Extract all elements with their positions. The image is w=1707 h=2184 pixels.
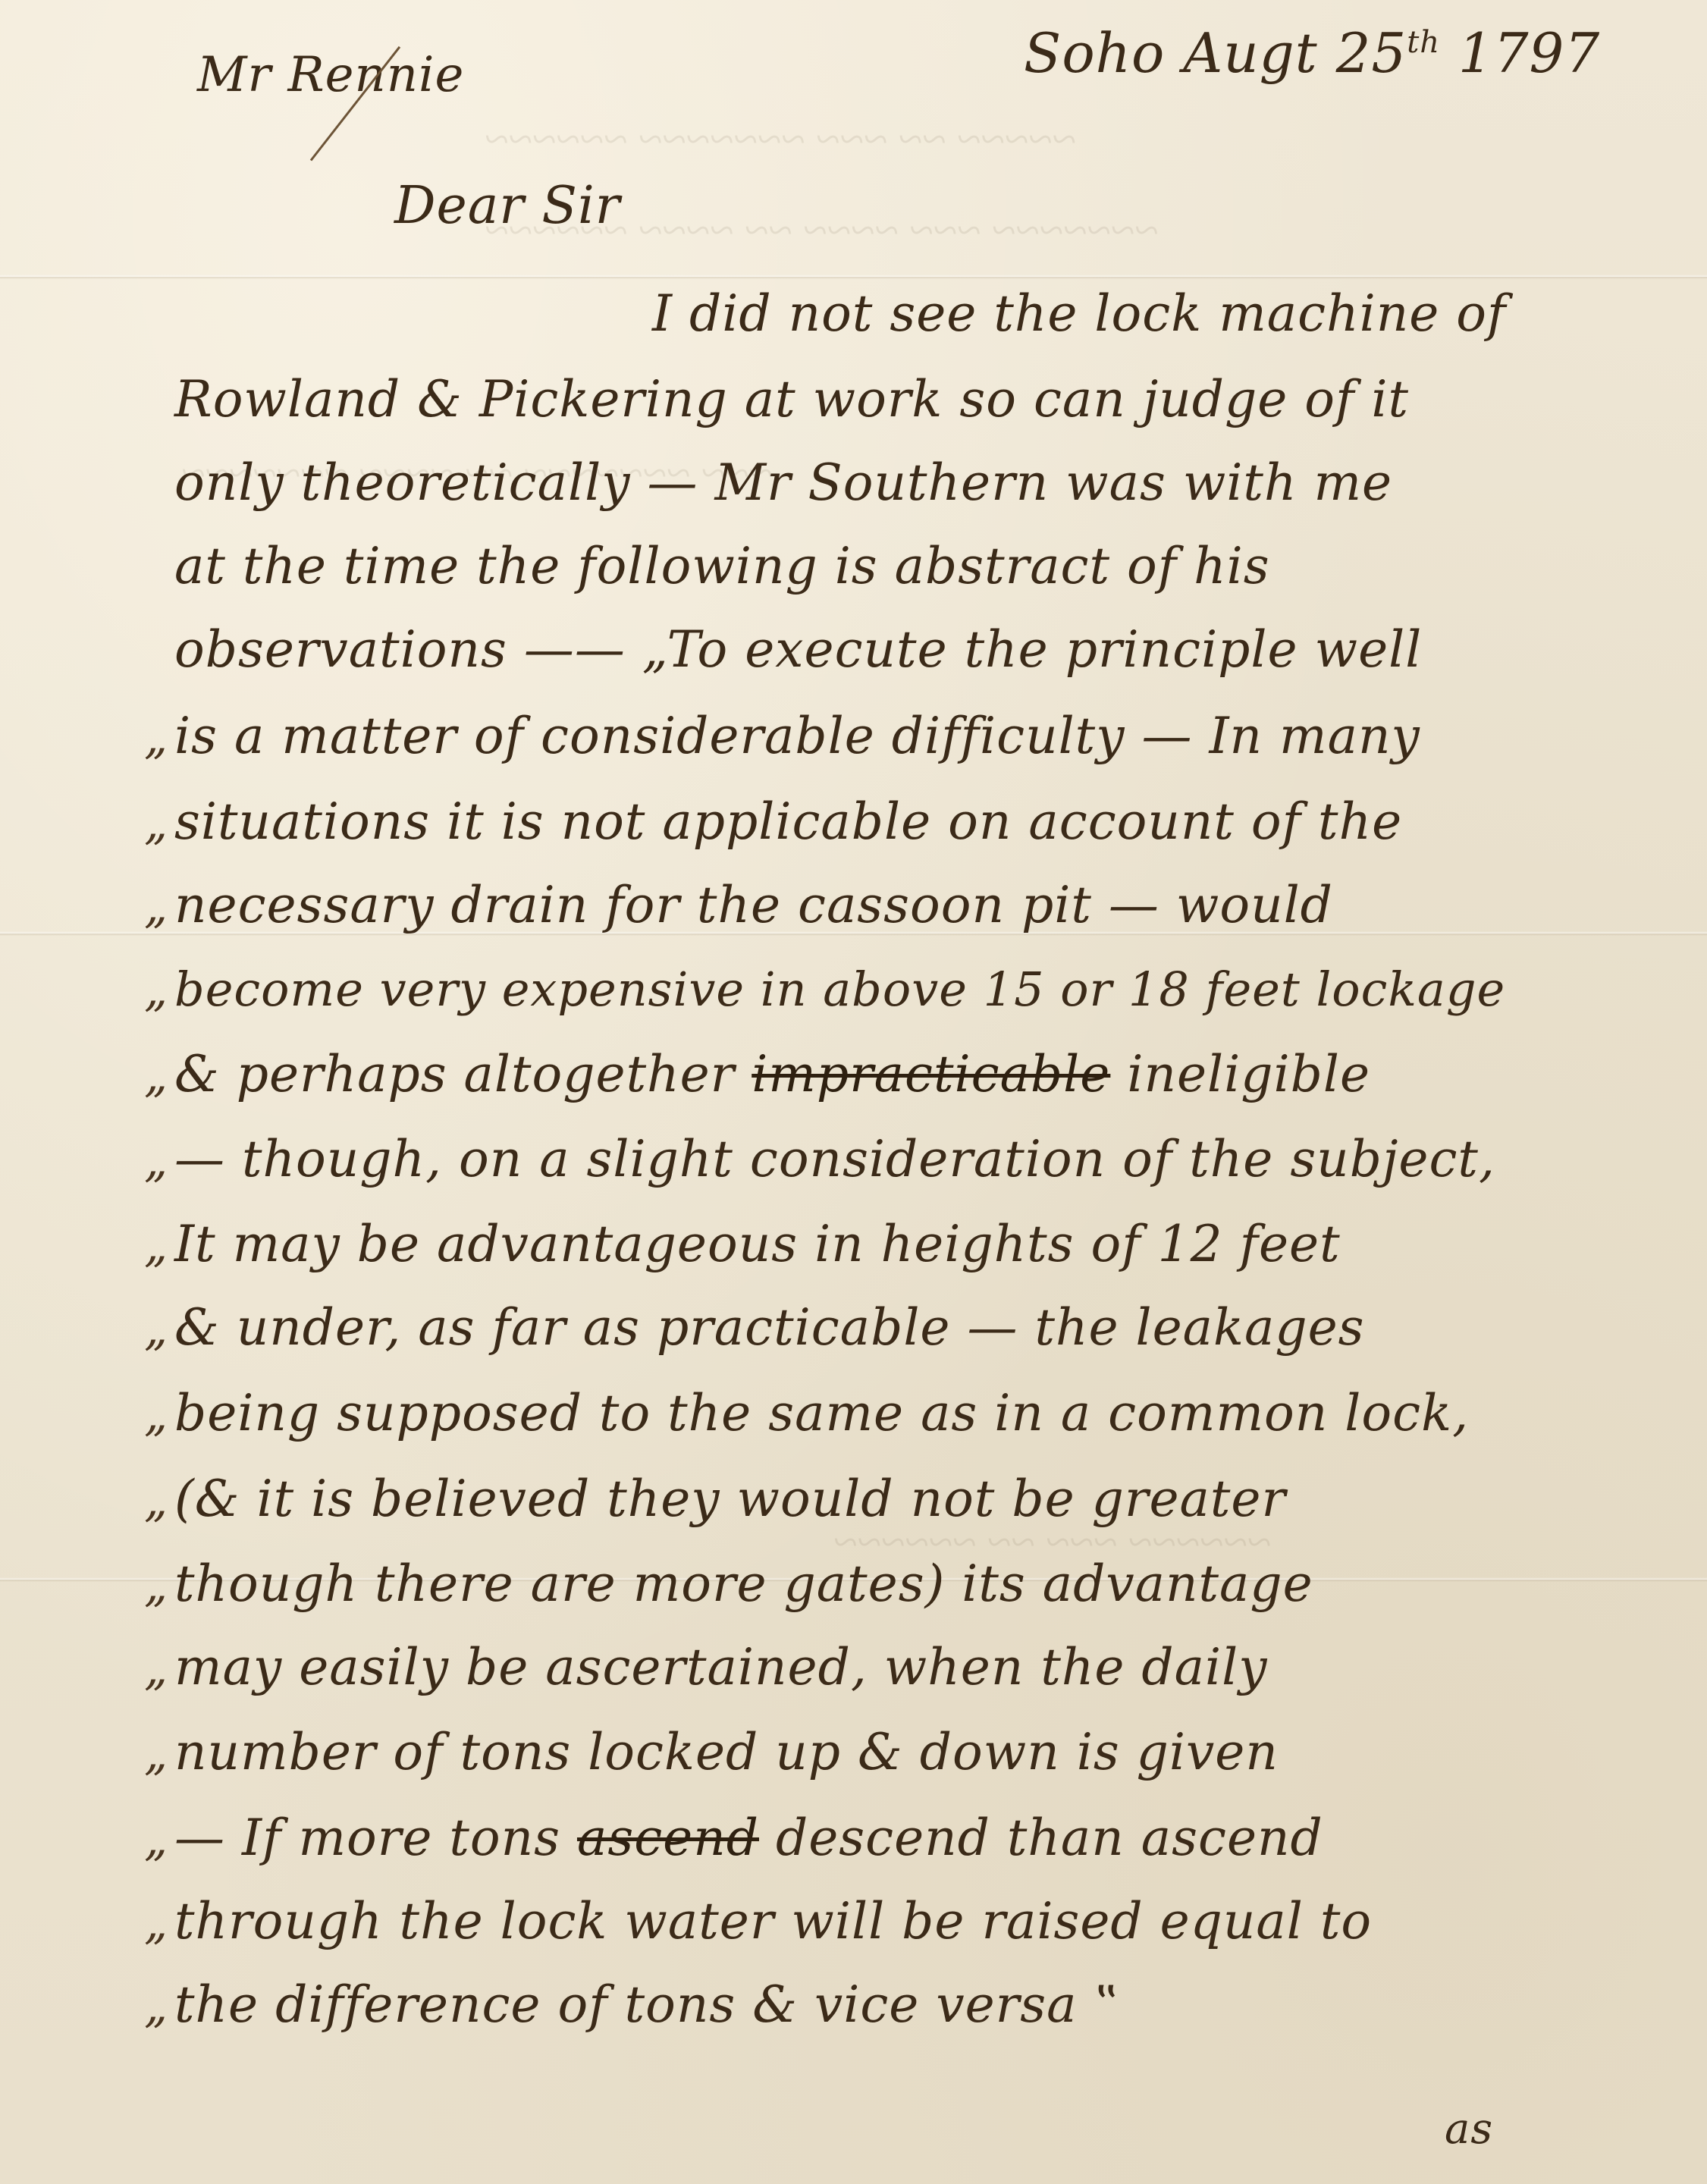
month: Augt (1183, 21, 1317, 85)
quote-mark: „ (144, 1643, 174, 1696)
letter-line: „It may be advantageous in heights of 12… (144, 1215, 1341, 1273)
quote-mark: „ (144, 1813, 174, 1866)
letter-line: „— If more tons ascend descend than asce… (144, 1809, 1323, 1867)
quote-mark: „ (144, 1050, 174, 1103)
letter-line: „though there are more gates) its advant… (144, 1555, 1313, 1613)
quote-mark: „ (144, 1219, 174, 1272)
letter-line: „through the lock water will be raised e… (144, 1892, 1372, 1950)
day-suffix: th (1407, 25, 1440, 60)
letter-line: „may easily be ascertained, when the dai… (144, 1638, 1268, 1696)
quote-mark: „ (144, 1559, 174, 1612)
struck-word: ascend (577, 1809, 759, 1867)
quote-mark: „ (144, 1897, 174, 1950)
letter-line: „& under, as far as practicable — the le… (144, 1298, 1365, 1357)
quote-mark: „ (144, 711, 174, 764)
letter-line: I did not see the lock machine of (652, 284, 1506, 343)
letter-line: „necessary drain for the cassoon pit — w… (144, 876, 1333, 934)
quote-mark: „ (144, 1980, 174, 2033)
day: 25 (1336, 21, 1407, 85)
letter-line: „number of tons locked up & down is give… (144, 1723, 1279, 1781)
catchword: as (1445, 2104, 1493, 2154)
letter-line: only theoretically — Mr Southern was wit… (174, 453, 1392, 512)
quote-mark: „ (144, 1134, 174, 1188)
letter-line: „the difference of tons & vice versa ‟ (144, 1975, 1120, 2034)
struck-word: impracticable (752, 1045, 1110, 1103)
letter-line: „& perhaps altogether impracticable inel… (144, 1045, 1370, 1103)
letter-line: „being supposed to the same as in a comm… (144, 1384, 1469, 1442)
quote-mark: „ (144, 1303, 174, 1356)
letter-line: observations —— „To execute the principl… (174, 620, 1422, 679)
quote-mark: „ (144, 1727, 174, 1781)
bleed-through-text: ~~~~~ ~~ ~~~ ~~~~~~~ ~~~~~~ (485, 114, 1077, 165)
fold-crease (0, 275, 1707, 279)
salutation: Dear Sir (394, 176, 620, 236)
letter-page: ~~~~~ ~~ ~~~ ~~~~~~~ ~~~~~~ ~~~~~~~ ~~~ … (0, 0, 1707, 2184)
year: 1797 (1458, 21, 1600, 85)
quote-mark: „ (144, 1474, 174, 1527)
quote-mark: „ (144, 880, 174, 934)
place-date: Soho Augt 25th 1797 (1024, 21, 1600, 85)
letter-line: „— though, on a slight consideration of … (144, 1130, 1495, 1188)
addressee: Mr Rennie (197, 47, 464, 103)
quote-mark: „ (144, 1389, 174, 1442)
quote-mark: „ (144, 964, 174, 1017)
letter-line: Rowland & Pickering at work so can judge… (174, 370, 1409, 428)
letter-line: at the time the following is abstract of… (174, 537, 1270, 595)
letter-line: „become very expensive in above 15 or 18… (144, 962, 1505, 1017)
letter-line: „is a matter of considerable difficulty … (144, 707, 1420, 765)
quote-mark: „ (144, 797, 174, 850)
letter-line: „situations it is not applicable on acco… (144, 792, 1402, 851)
letter-line: „(& it is believed they would not be gre… (144, 1470, 1286, 1528)
place: Soho (1024, 21, 1165, 85)
